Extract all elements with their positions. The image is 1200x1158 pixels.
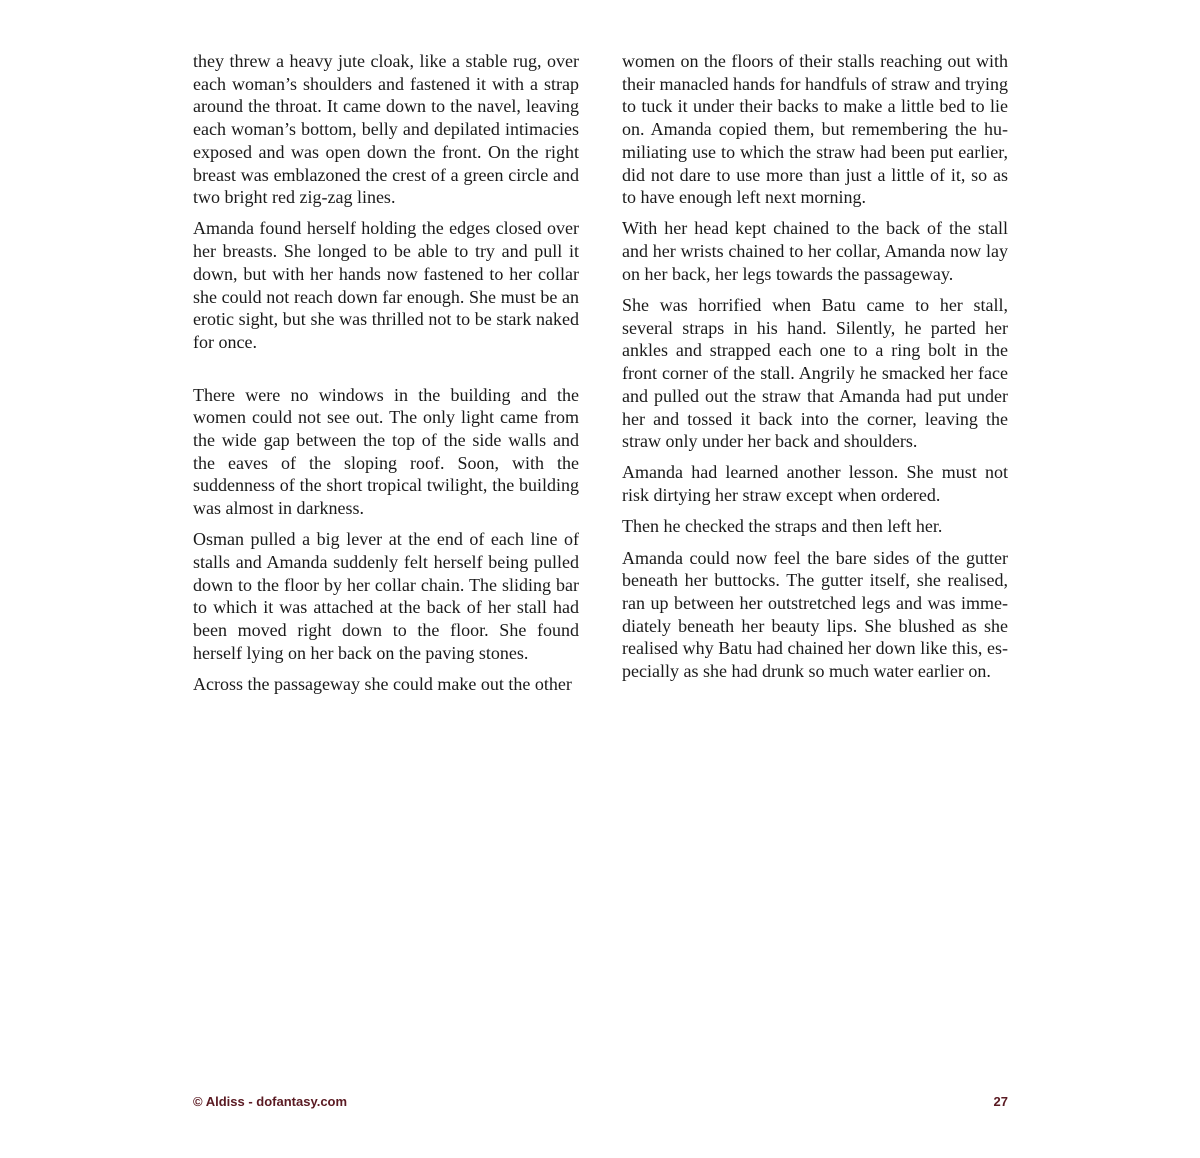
paragraph: Amanda found herself holding the edges c… <box>193 217 579 353</box>
paragraph: Across the passageway she could make out… <box>193 673 579 696</box>
paragraph: With her head kept chained to the back o… <box>622 217 1008 285</box>
left-column: they threw a heavy jute cloak, like a st… <box>193 50 579 704</box>
paragraph: they threw a heavy jute cloak, like a st… <box>193 50 579 209</box>
paragraph: Then he checked the straps and then left… <box>622 515 1008 538</box>
paragraph: She was horrified when Batu came to her … <box>622 294 1008 453</box>
paragraph: Amanda had learned another lesson. She m… <box>622 461 1008 506</box>
paragraph: Amanda could now feel the bare sides of … <box>622 547 1008 683</box>
paragraph: women on the floors of their stalls reac… <box>622 50 1008 209</box>
paragraph: Osman pulled a big lever at the end of e… <box>193 528 579 664</box>
paragraph: There were no windows in the building an… <box>193 384 579 520</box>
page-number: 27 <box>991 1094 1008 1109</box>
footer-copyright: © Aldiss - dofantasy.com <box>193 1094 347 1109</box>
right-column: women on the floors of their stalls reac… <box>622 50 1008 691</box>
